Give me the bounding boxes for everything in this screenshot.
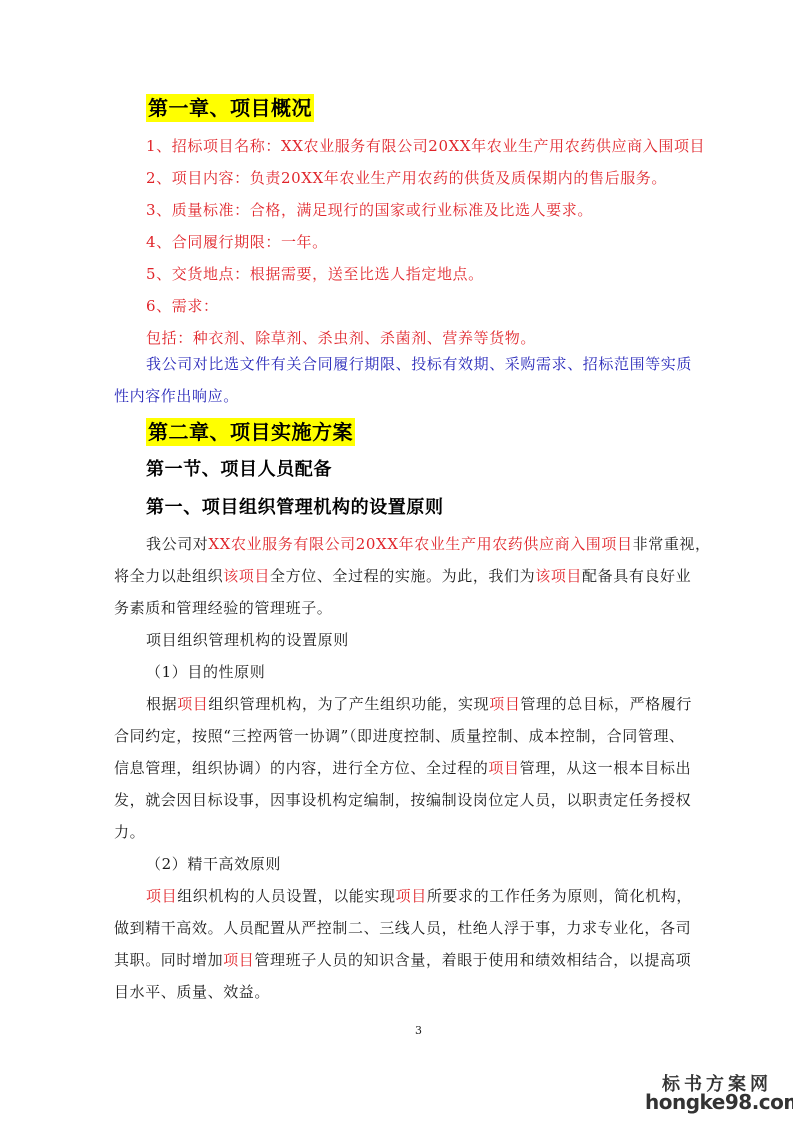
text: 配备具有良好业: [582, 567, 691, 585]
document-page: 第一章、项目概况 1、招标项目名称：XX农业服务有限公司20XX年农业生产用农药…: [0, 0, 793, 1122]
text: 根据: [146, 695, 177, 713]
text: 所要求的工作任务为原则，简化机构，: [427, 887, 692, 905]
text: 我公司对: [146, 535, 208, 553]
para1-line-1: 我公司对XX农业服务有限公司20XX年农业生产用农药供应商入围项目非常重视，: [146, 534, 711, 554]
principle-2-line-2: 做到精干高效。人员配置从严控制二、三线人员，杜绝人浮于事，力求专业化，各司: [114, 918, 691, 938]
principle-2-title: （2）精干高效原则: [146, 854, 281, 874]
principle-2-line-4: 目水平、质量、效益。: [114, 982, 270, 1002]
page-number: 3: [415, 1024, 422, 1037]
para-title: 项目组织管理机构的设置原则: [146, 630, 349, 650]
text: 管理的总目标，严格履行: [520, 695, 692, 713]
text: 管理，从这一根本目标出: [520, 759, 692, 777]
text: 全方位、全过程的实施。为此，我们为: [270, 567, 535, 585]
highlight-text: 项目: [146, 887, 177, 905]
watermark-url: hongke98.com: [645, 1090, 793, 1114]
highlight-text: 项目: [223, 951, 254, 969]
text: 其职。同时增加: [114, 951, 223, 969]
principle-1-line-2: 合同约定，按照“三控两管一协调”（即进度控制、质量控制、成本控制，合同管理、: [114, 726, 685, 746]
principle-1-line-1: 根据项目组织管理机构，为了产生组织功能，实现项目管理的总目标，严格履行: [146, 694, 692, 714]
chapter-2-title: 第二章、项目实施方案: [146, 418, 355, 446]
principle-1-title: （1）目的性原则: [146, 662, 265, 682]
text: 管理班子人员的知识含量，着眼于使用和绩效相结合，以提高项: [254, 951, 691, 969]
item-2: 2、项目内容：负责20XX年农业生产用农药的供货及质保期内的售后服务。: [146, 168, 667, 188]
text: 信息管理，组织协调）的内容，进行全方位、全过程的: [114, 759, 488, 777]
para1-line-3: 务素质和管理经验的管理班子。: [114, 598, 332, 618]
text: 组织管理机构，为了产生组织功能，实现: [208, 695, 489, 713]
item-7: 包括：种衣剂、除草剂、杀虫剂、杀菌剂、营养等货物。: [146, 328, 536, 348]
item-6: 6、需求：: [146, 296, 219, 316]
section-title: 第一节、项目人员配备: [146, 458, 332, 482]
text: 将全力以赴组织: [114, 567, 223, 585]
chapter-1-title: 第一章、项目概况: [146, 94, 314, 122]
text: 非常重视，: [633, 535, 711, 553]
highlight-text: 该项目: [223, 567, 270, 585]
text: 组织机构的人员设置，以能实现: [177, 887, 395, 905]
para1-line-2: 将全力以赴组织该项目全方位、全过程的实施。为此，我们为该项目配备具有良好业: [114, 566, 691, 586]
item-1: 1、招标项目名称：XX农业服务有限公司20XX年农业生产用农药供应商入围项目: [146, 136, 705, 156]
principle-1-line-4: 发，就会因目标设事，因事设机构定编制，按编制设岗位定人员，以职责定任务授权: [114, 790, 691, 810]
highlight-text: 项目: [489, 695, 520, 713]
highlight-text: 项目: [396, 887, 427, 905]
item-5: 5、交货地点：根据需要，送至比选人指定地点。: [146, 264, 484, 284]
highlight-text: XX农业服务有限公司20XX年农业生产用农药供应商入围项目: [208, 535, 632, 553]
item-3: 3、质量标准：合格，满足现行的国家或行业标准及比选人要求。: [146, 200, 593, 220]
highlight-text: 该项目: [535, 567, 582, 585]
response-line-1: 我公司对比选文件有关合同履行期限、投标有效期、采购需求、招标范围等实质: [146, 354, 692, 374]
item-4: 4、合同履行期限：一年。: [146, 232, 328, 252]
principle-1-line-3: 信息管理，组织协调）的内容，进行全方位、全过程的项目管理，从这一根本目标出: [114, 758, 691, 778]
principle-2-line-1: 项目组织机构的人员设置，以能实现项目所要求的工作任务为原则，简化机构，: [146, 886, 692, 906]
principle-1-line-5: 力。: [114, 822, 145, 842]
principle-2-line-3: 其职。同时增加项目管理班子人员的知识含量，着眼于使用和绩效相结合，以提高项: [114, 950, 691, 970]
subsection-title: 第一、项目组织管理机构的设置原则: [146, 496, 444, 520]
highlight-text: 项目: [177, 695, 208, 713]
response-line-2: 性内容作出响应。: [114, 386, 239, 406]
highlight-text: 项目: [488, 759, 519, 777]
